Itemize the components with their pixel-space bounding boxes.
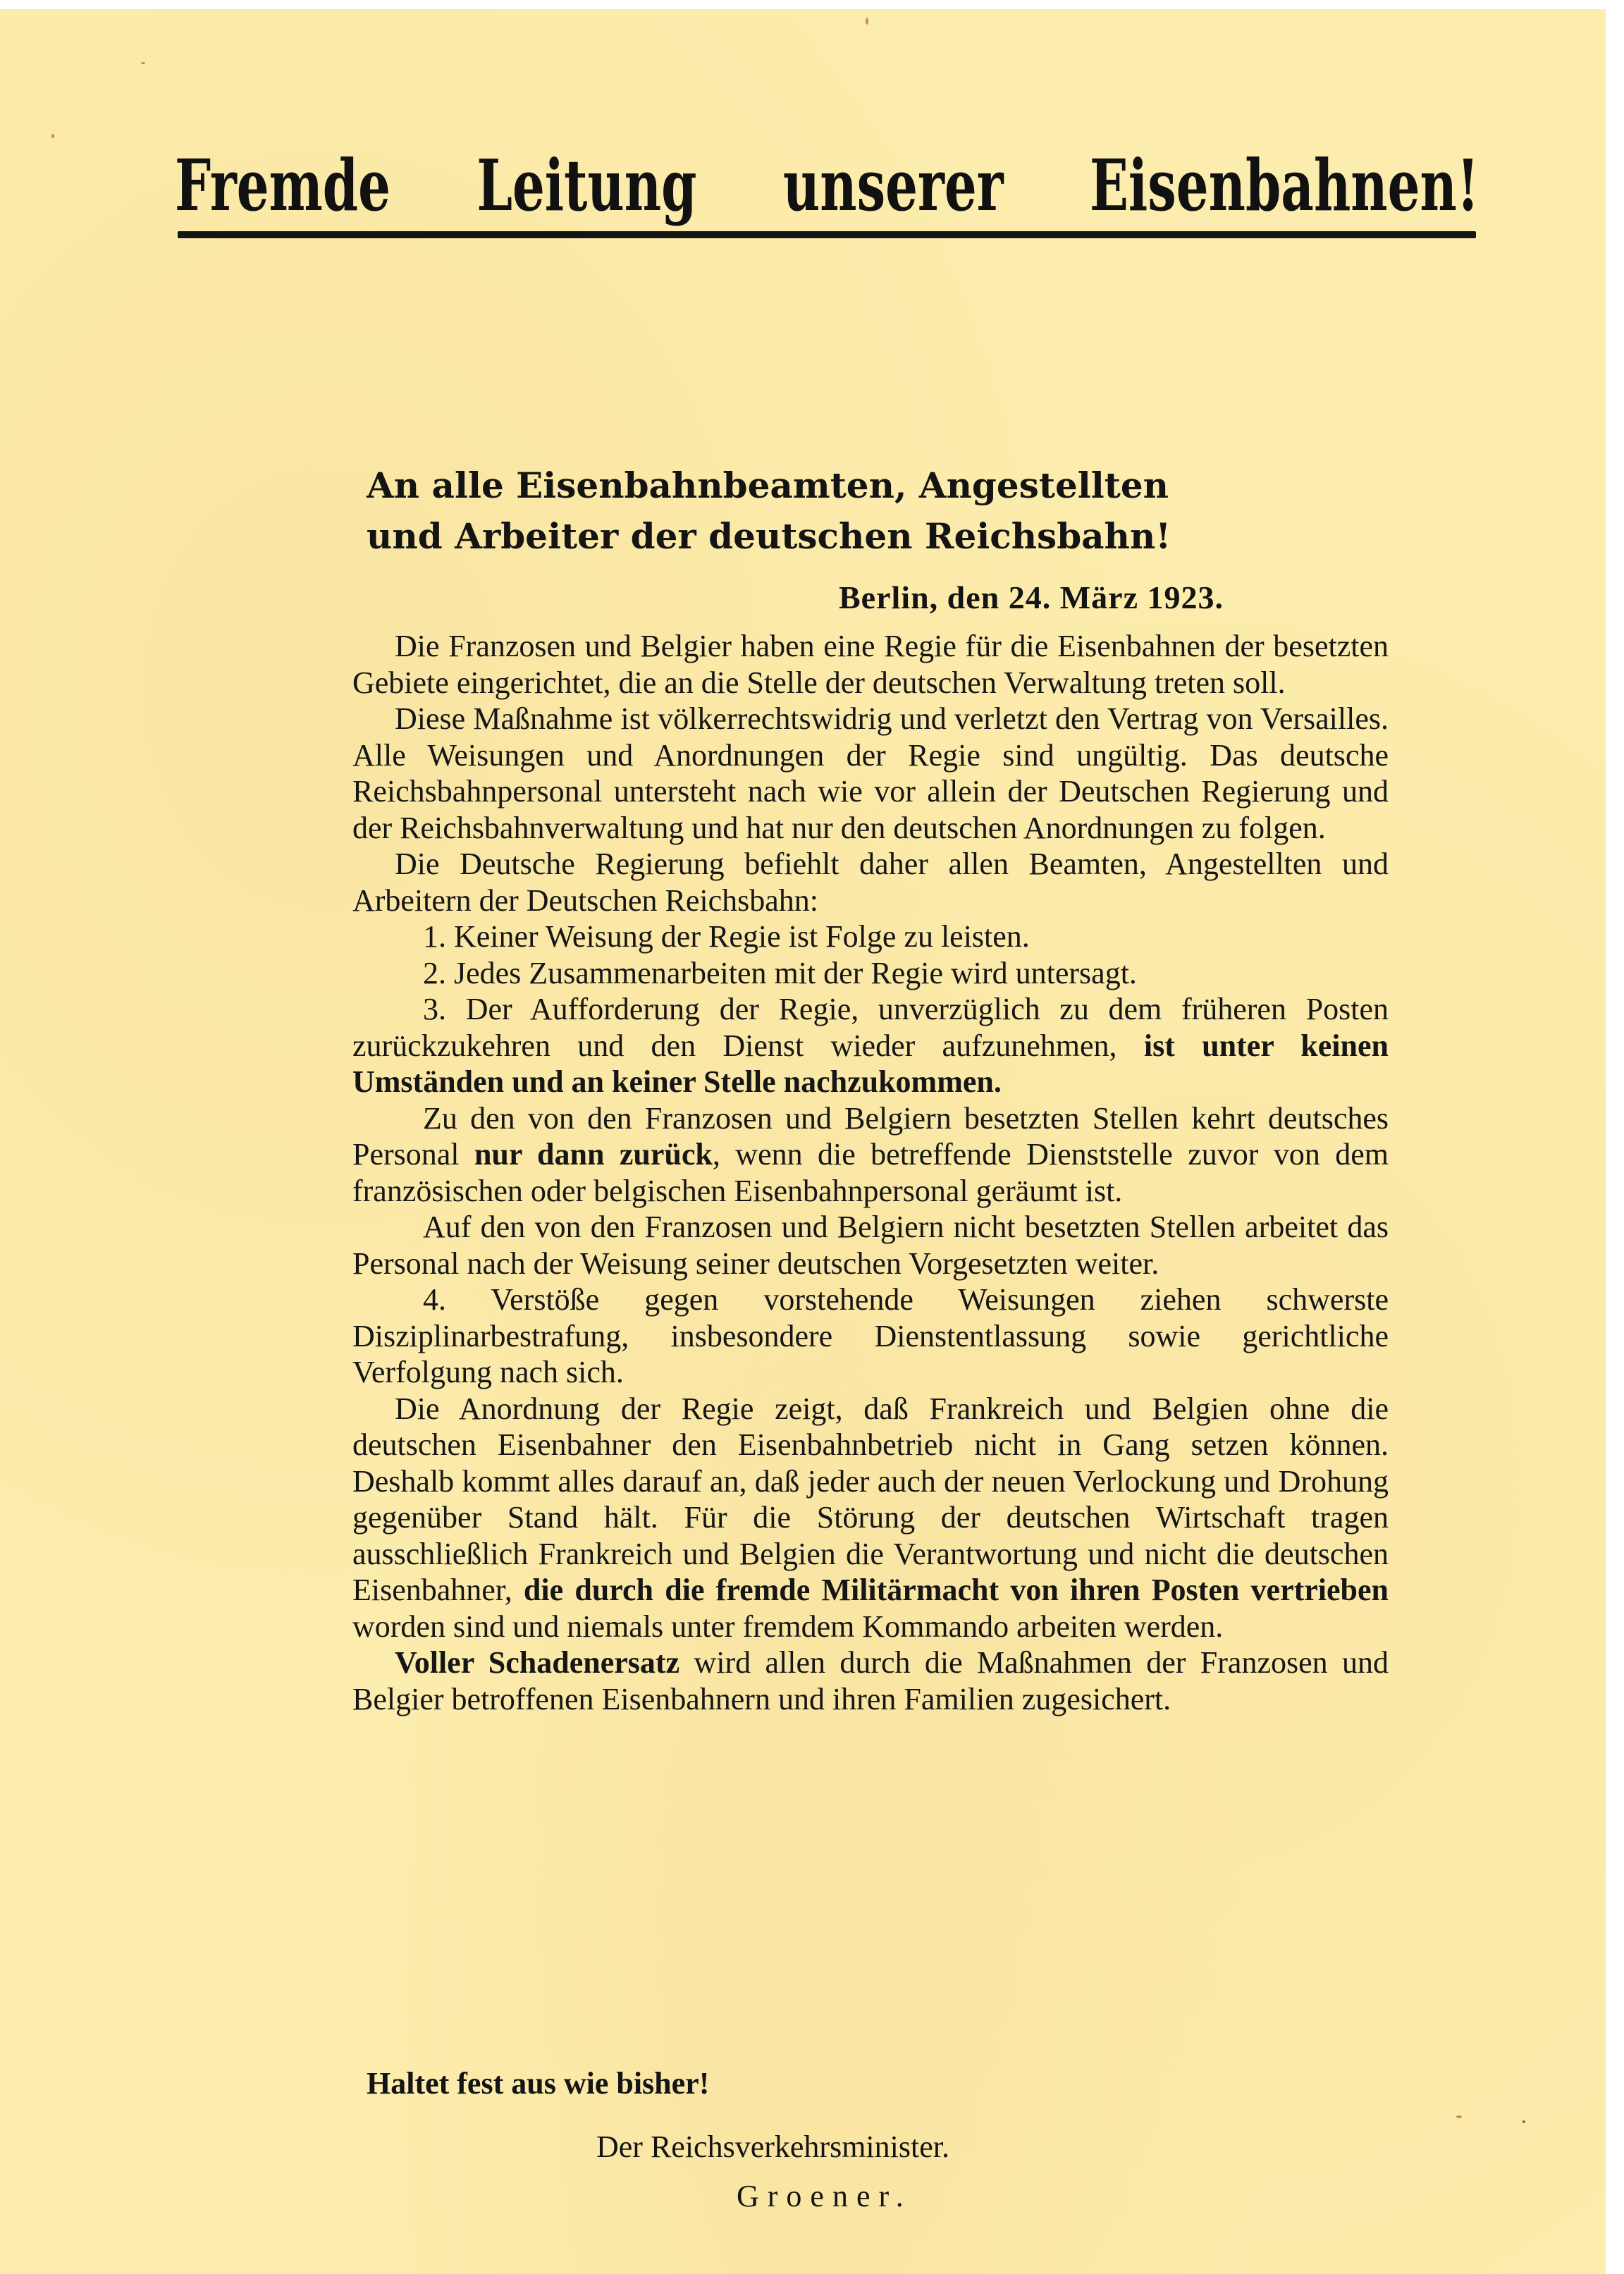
paragraph-4: Die Anordnung der Regie zeigt, daß Frank… <box>352 1391 1389 1645</box>
address-heading-line-2: und Arbeiter der deutschen Reichsbahn! <box>367 511 1353 562</box>
paragraph-4-text-c: worden sind und niemals unter fremdem Ko… <box>352 1609 1223 1644</box>
dateline: Berlin, den 24. März 1923. <box>839 577 1224 619</box>
paper-speck <box>1456 2115 1462 2118</box>
paragraph-3: Die Deutsche Regierung befiehlt daher al… <box>352 846 1389 918</box>
paragraph-4-emphasis: die durch die fremde Militärmacht von ih… <box>524 1573 1389 1607</box>
sub-paragraph-occupied-emphasis: nur dann zurück <box>474 1137 713 1172</box>
sub-paragraph-unoccupied: Auf den von den Franzosen und Belgiern n… <box>352 1209 1389 1282</box>
paragraph-1: Die Franzosen und Belgier haben eine Reg… <box>352 628 1389 701</box>
paragraph-5: Voller Schadenersatz wird allen durch di… <box>352 1645 1389 1717</box>
paper-sheet: Fremde Leitung unserer Eisenbahnen! An a… <box>0 9 1606 2274</box>
address-heading: An alle Eisenbahnbeamten, Angestellten u… <box>367 460 1353 562</box>
signature-title: Der Reichsverkehrsminister. <box>596 2127 949 2167</box>
document-title: Fremde Leitung unserer Eisenbahnen! <box>175 143 1479 228</box>
order-item-4: 4. Verstöße gegen vorstehende Weisungen … <box>352 1282 1389 1391</box>
paper-speck <box>866 18 868 25</box>
order-item-2: 2. Jedes Zusammenarbeiten mit der Regie … <box>352 955 1389 992</box>
paper-speck <box>141 62 145 64</box>
closing-appeal: Haltet fest aus wie bisher! <box>367 2064 709 2103</box>
paper-speck <box>51 134 54 138</box>
order-item-3: 3. Der Aufforderung der Regie, unverzügl… <box>352 991 1389 1100</box>
paragraph-5-emphasis: Voller Schadenersatz <box>395 1645 679 1680</box>
title-underline <box>178 231 1476 238</box>
paper-speck <box>1522 2120 1525 2123</box>
order-item-1: 1. Keiner Weisung der Regie ist Folge zu… <box>352 918 1389 955</box>
address-heading-line-1: An alle Eisenbahnbeamten, Angestellten <box>367 460 1353 511</box>
sub-paragraph-occupied: Zu den von den Franzosen und Belgiern be… <box>352 1100 1389 1210</box>
body-text: Die Franzosen und Belgier haben eine Reg… <box>352 628 1389 1717</box>
paragraph-2: Diese Maßnahme ist völkerrechtswidrig un… <box>352 701 1389 846</box>
signature-name: Groener. <box>737 2177 912 2216</box>
